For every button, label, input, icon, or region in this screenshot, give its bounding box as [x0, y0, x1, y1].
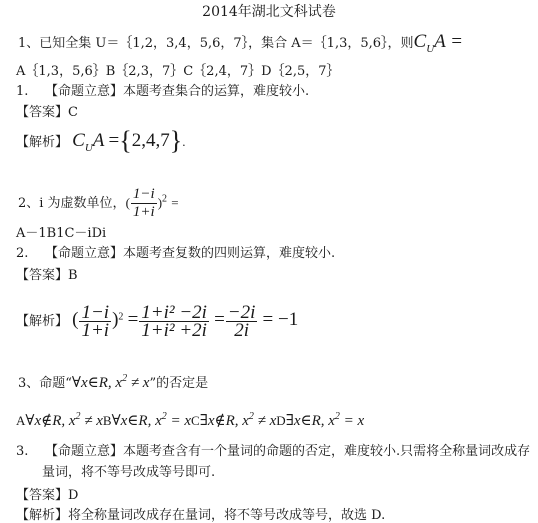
fraction: 1−i1+i	[131, 186, 157, 221]
question-2-answer: 【答案】B	[16, 267, 78, 285]
option-b: B∀x∈R, x2 = x	[103, 414, 191, 429]
question-1-prompt: 1、已知全集 U＝｛1,2，3,4，5,6，7｝，集合 A＝｛1,3，5,6｝，…	[18, 33, 463, 53]
question-3-prompt: 3、命题“∀x∈R, x2 ≠ x”的否定是	[18, 374, 208, 393]
question-1-options: A｛1,3，5,6｝B｛2,3，7｝C｛2,4，7｝D｛2,5，7｝	[16, 63, 340, 81]
question-2-prompt: 2、i 为虚数单位，(1−i1+i)2 =	[18, 184, 179, 223]
question-3-options: A∀x∉R, x2 ≠ xB∀x∈R, x2 = xC∃x∉R, x2 ≠ xD…	[16, 412, 364, 431]
option-d: D∃x∈R, x2 = x	[276, 414, 364, 429]
question-3-intent-cont: 量词，将不等号改成等号即可.	[42, 464, 215, 482]
question-3-answer: 【答案】D	[16, 487, 78, 505]
question-1-analysis: 【解析】 CUA ={2,4,7}.	[16, 132, 185, 152]
question-3-intent: 3. 【命题立意】本题考查含有一个量词的命题的否定，难度较小.只需将全称量词改成…	[16, 443, 530, 461]
question-2-analysis: 【解析】 (1−i1+i)2 =1+i² −2i1+i² +2i =−2i2i …	[16, 298, 298, 344]
document-title: 2014年湖北文科试卷	[0, 3, 538, 21]
question-2-options: A－1B1C－iDi	[16, 225, 106, 243]
question-1-intent: 1. 【命题立意】本题考查集合的运算，难度较小.	[16, 83, 309, 101]
option-a: A∀x∉R, x2 ≠ x	[16, 414, 103, 429]
question-2-intent: 2. 【命题立意】本题考查复数的四则运算，难度较小.	[16, 245, 335, 263]
complement-symbol: CUA =	[414, 31, 463, 52]
option-c: C∃x∉R, x2 ≠ x	[191, 414, 276, 429]
question-1-answer: 【答案】C	[16, 104, 78, 122]
question-3-analysis: 【解析】将全称量词改成存在量词，将不等号改成等号，故选 D.	[16, 507, 385, 523]
